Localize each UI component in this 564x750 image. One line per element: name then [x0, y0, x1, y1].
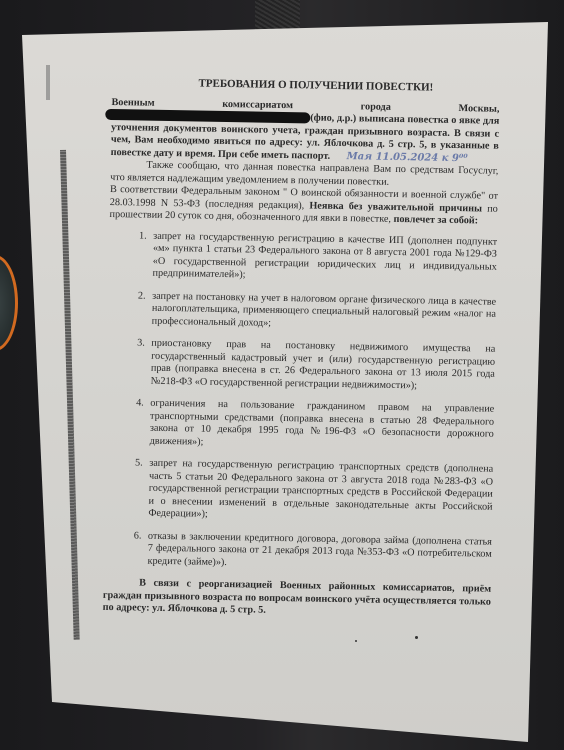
notice-document: ТРЕБОВАНИЯ О ПОЛУЧЕНИИ ПОВЕСТКИ! Военным… [103, 76, 500, 621]
consequences-list: запрет на государственную регистрацию в … [103, 229, 497, 573]
paper-speck [355, 640, 357, 642]
law-paragraph-tail-emphasis: повлечет за собой: [393, 214, 478, 226]
law-paragraph: В соответствии Федеральным законом " О в… [109, 184, 498, 228]
handwritten-note: Мая 11.05.2024 к 9⁰⁰ [347, 151, 468, 164]
consequence-item: приостановку прав на постановку недвижим… [147, 338, 496, 394]
law-paragraph-emphasis: Неявка без уважительной причины [309, 200, 482, 214]
consequence-item: запрет на государственную регистрацию тр… [144, 458, 493, 527]
staple-mark [46, 65, 50, 100]
consequence-item: запрет на государственную регистрацию в … [148, 230, 497, 286]
footer-paragraph: В связи с реорганизацией Военных районны… [103, 577, 492, 621]
intro-word: комиссариатом [222, 98, 293, 112]
consequence-item: запрет на постановку на учет в налоговом… [148, 290, 497, 334]
paper-speck [415, 636, 418, 639]
consequence-item: отказы в заключении кредитного договора,… [143, 530, 492, 574]
intro-word: Москвы, [458, 103, 499, 116]
intro-word: города [361, 101, 391, 114]
redacted-name-suffix: (фио, д.р.) выписана повестка о [310, 112, 456, 126]
intro-word: Военным [111, 96, 154, 109]
consequence-item: ограничения на пользование гражданином п… [146, 398, 495, 454]
